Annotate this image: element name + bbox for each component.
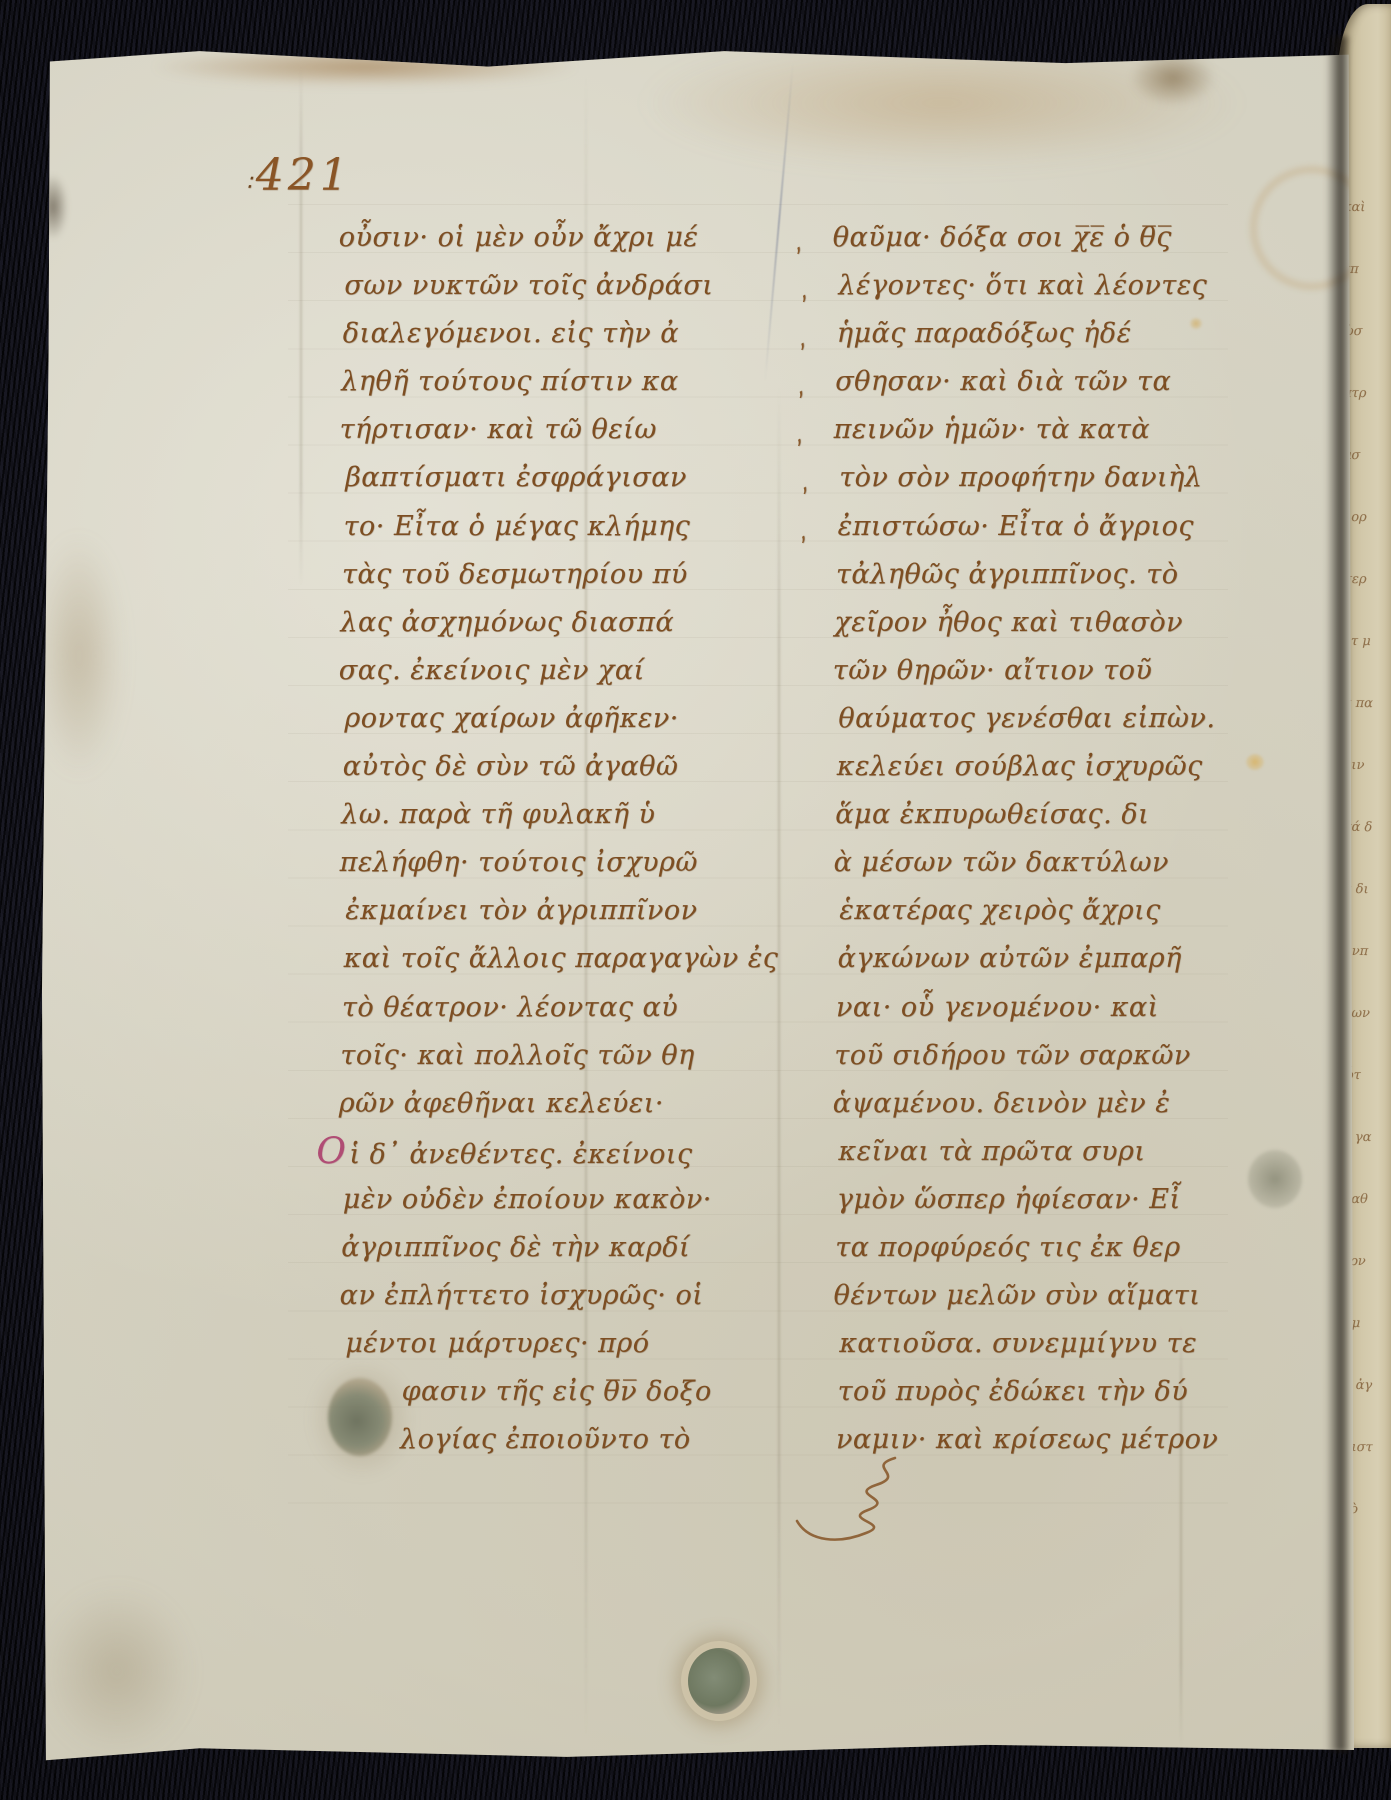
manuscript-line: ρῶν ἀφεθῆναι κελεύει· [339,1080,759,1128]
manuscript-line: ἑκατέρας χειρὸς ἄχρις [839,887,1259,935]
manuscript-line: οὖσιν· οἱ μὲν οὖν ἄχρι μέ [339,214,759,262]
manuscript-line: φασιν τῆς εἰς θ̅ν̅ δοξο [344,1368,764,1416]
scribal-flourish [793,1454,925,1550]
manuscript-line: αὐτὸς δὲ σὺν τῶ ἀγαθῶ [343,743,763,791]
manuscript-line: μέντοι μάρτυρες· πρό [345,1320,765,1368]
manuscript-line: καὶ τοῖς ἄλλοις παραγαγὼν ἐς [344,935,764,983]
manuscript-line: διαλεγόμενοι. εἰς τὴν ἀ [343,310,763,358]
manuscript-line: ναι· οὗ γενομένου· καὶ [836,984,1256,1032]
manuscript-line: ,σθησαν· καὶ διὰ τῶν τα [835,358,1255,406]
manuscript-line: τὰς τοῦ δεσμωτηρίου πύ [342,551,762,599]
manuscript-line: τῶν θηρῶν· αἴτιον τοῦ [833,647,1253,695]
manuscript-line: χεῖρον ἦθος καὶ τιθασὸν [834,599,1254,647]
manuscript-line: βαπτίσματι ἐσφράγισαν [345,454,765,502]
manuscript-line: ,τὸν σὸν προφήτην δανιὴλ [839,454,1259,502]
manuscript-page: ∶421 οὖσιν· οἱ μὲν οὖν ἄχρι μέσων νυκτῶν… [42,46,1354,1762]
wormhole [688,1648,750,1714]
manuscript-line: κατιοῦσα. συνεμμίγνυ τε [839,1320,1259,1368]
folio-number-value: 421 [256,150,352,201]
manuscript-line: σας. ἐκείνοις μὲν χαί [339,647,759,695]
manuscript-line: γμὸν ὥσπερ ἠφίεσαν· Εἶ [837,1176,1257,1224]
diple-quotation-mark: , [779,220,811,265]
crease-line [778,386,780,1726]
manuscript-line: ,πεινῶν ἡμῶν· τὰ κατὰ [834,406,1254,454]
diple-quotation-mark: , [783,317,815,362]
folio-number-mark: ∶ [246,171,252,196]
fiber-mark [764,63,794,382]
manuscript-line: ἁψαμένου. δεινὸν μὲν ἐ [833,1080,1253,1128]
manuscript-line: κεῖναι τὰ πρῶτα συρι [838,1128,1258,1176]
manuscript-line: σων νυκτῶν τοῖς ἀνδράσι [344,262,764,310]
manuscript-line: λω. παρὰ τῆ φυλακῆ ὑ [341,791,761,839]
manuscript-line: τα πορφύρεός τις ἐκ θερ [835,1224,1255,1272]
smudge-left-edge [38,174,68,240]
manuscript-line: τὸ θέατρον· λέοντας αὐ [342,984,762,1032]
manuscript-line: Οἱ δ᾽ ἀνεθέντες. ἐκείνοις [344,1128,764,1176]
manuscript-line: ,ἡμᾶς παραδόξως ἠδέ [837,310,1257,358]
manuscript-line: λογίας ἐποιοῦντο τὸ [342,1416,762,1464]
diple-quotation-mark: , [785,461,817,506]
manuscript-line: ,λέγοντες· ὅτι καὶ λέοντες [838,262,1258,310]
manuscript-line: θέντων μελῶν σὺν αἵματι [834,1272,1254,1320]
manuscript-line: λας ἀσχημόνως διασπά [340,599,760,647]
manuscript-line: μὲν οὐδὲν ἐποίουν κακὸν· [343,1176,763,1224]
manuscript-line: θαύματος γενέσθαι εἰπὼν. [838,695,1258,743]
manuscript-line: ὰ μέσων τῶν δακτύλων [834,839,1254,887]
diple-quotation-mark: , [784,269,816,314]
manuscript-line: ,θαῦμα· δόξα σοι χ̅ε̅ ὁ θ̅ς̅ [833,214,1253,262]
manuscript-line: τήρτισαν· καὶ τῶ θείω [340,406,760,454]
manuscript-line: πελήφθη· τούτοις ἰσχυρῶ [340,839,760,887]
manuscript-line: ἀγκώνων αὐτῶν ἐμπαρῆ [838,935,1258,983]
manuscript-line: το· Εἶτα ὁ μέγας κλήμης [344,503,764,551]
diple-quotation-mark: , [779,413,811,458]
manuscript-line: ἅμα ἐκπυρωθείσας. δι [835,791,1255,839]
parchment-stain-top-edge [150,48,580,86]
manuscript-line: τοῦ πυρὸς ἐδώκει τὴν δύ [838,1368,1258,1416]
smudge-top-right [1130,50,1216,106]
manuscript-line: ἐκμαίνει τὸν ἀγριππῖνον [345,887,765,935]
water-stain-top [642,38,1242,168]
diple-quotation-mark: , [783,509,815,554]
manuscript-line: ληθῆ τούτους πίστιν κα [341,358,761,406]
manuscript-line: τἀληθῶς ἀγριππῖνος. τὸ [836,551,1256,599]
page-gap-shadow [1326,36,1350,1752]
diple-quotation-mark: , [781,365,813,410]
crease-line [300,66,302,586]
stain-bottom-left [42,1586,192,1756]
photo-backdrop: καὶτπὡσπτρμσλορσερντ μκ παμινπά δκ διἀνπ… [0,0,1391,1800]
folio-number: ∶421 [246,150,352,201]
manuscript-line: αν ἐπλήττετο ἰσχυρῶς· οἱ [340,1272,760,1320]
text-column-right: ,θαῦμα· δόξα σοι χ̅ε̅ ὁ θ̅ς̅,λέγοντες· ὅ… [836,214,1256,1464]
text-column-left: οὖσιν· οἱ μὲν οὖν ἄχρι μέσων νυκτῶν τοῖς… [342,214,762,1464]
rubric-initial: Ο [316,1131,346,1172]
stain-left-margin [36,536,122,776]
manuscript-line: τοῖς· καὶ πολλοῖς τῶν θη [340,1032,760,1080]
manuscript-line: τοῦ σιδήρου τῶν σαρκῶν [834,1032,1254,1080]
manuscript-line: ροντας χαίρων ἀφῆκεν· [344,695,764,743]
manuscript-line: ἀγριππῖνος δὲ τὴν καρδί [341,1224,761,1272]
manuscript-line: ,ἐπιστώσω· Εἶτα ὁ ἄγριος [838,503,1258,551]
manuscript-line: κελεύει σούβλας ἰσχυρῶς [837,743,1257,791]
